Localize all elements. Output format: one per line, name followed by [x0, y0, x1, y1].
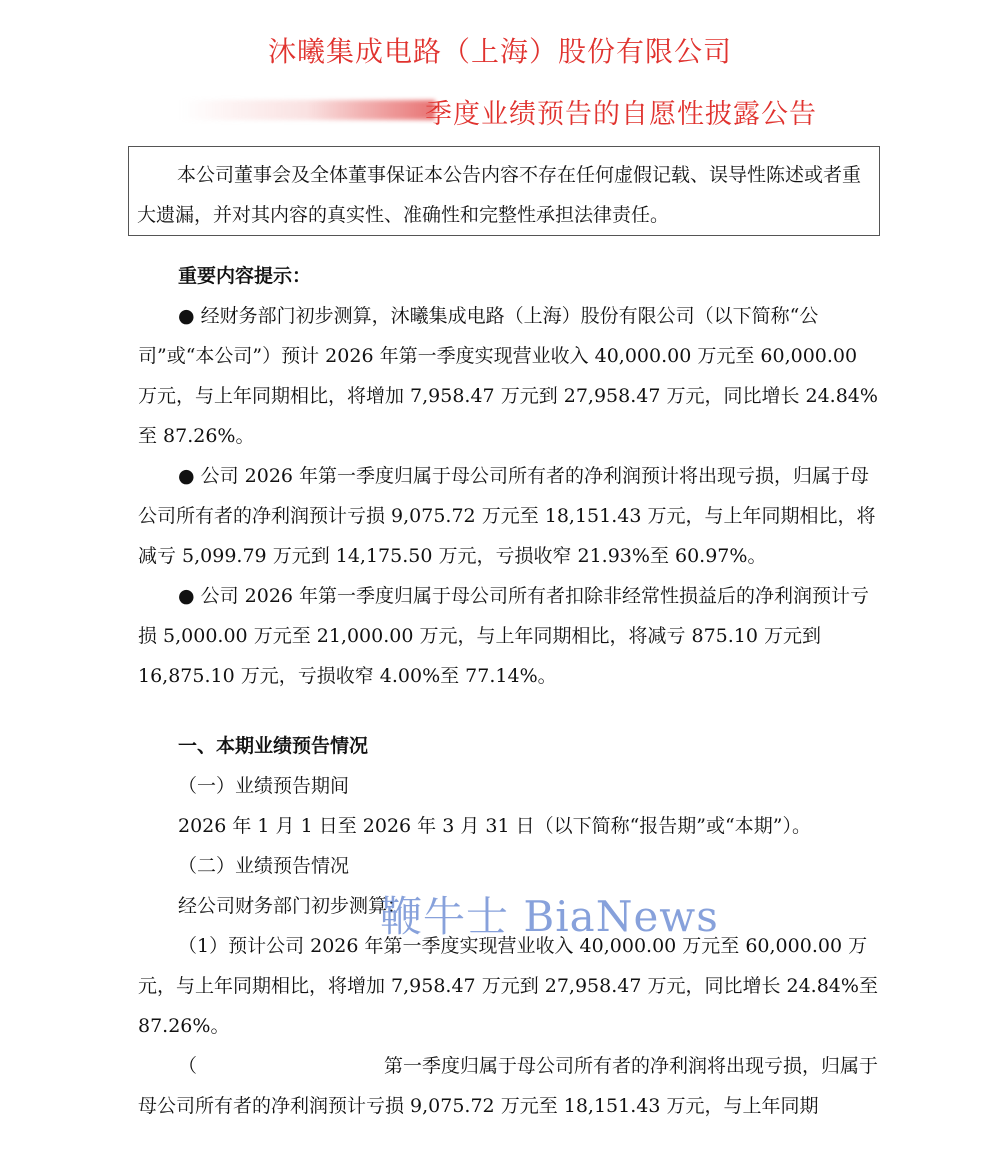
- company-title: 沐曦集成电路（上海）股份有限公司: [0, 30, 1000, 70]
- board-statement-box: 本公司董事会及全体董事保证本公告内容不存在任何虚假记载、误导性陈述或者重大遗漏，…: [128, 146, 880, 236]
- forecast-period-text: 2026 年 1 月 1 日至 2026 年 3 月 31 日（以下简称“报告期…: [178, 806, 920, 846]
- highlights-heading: 重要内容提示：: [138, 256, 880, 296]
- section1-heading: 一、本期业绩预告情况: [178, 726, 920, 766]
- forecast-period-heading: （一）业绩预告期间: [178, 766, 920, 806]
- forecast-details-heading: （二）业绩预告情况: [178, 846, 920, 886]
- bianews-watermark: 鞭牛士 BiaNews: [380, 893, 719, 941]
- announcement-title-block: 季度业绩预告的自愿性披露公告: [180, 92, 820, 132]
- forecast-item-revenue: （1）预计公司 2026 年第一季度实现营业收入 40,000.00 万元至 6…: [138, 926, 880, 1046]
- highlight-item-revenue: ● 经财务部门初步测算，沐曦集成电路（上海）股份有限公司（以下简称“公司”或“本…: [138, 296, 880, 456]
- redacted-title-blur: [180, 100, 435, 120]
- board-statement-text: 本公司董事会及全体董事保证本公告内容不存在任何虚假记载、误导性陈述或者重大遗漏，…: [137, 155, 871, 235]
- forecast-item-net-profit: 第一季度归属于母公司所有者的净利润将出现亏损，归属于母公司所有者的净利润预计亏损…: [138, 1046, 880, 1126]
- announcement-title: 季度业绩预告的自愿性披露公告: [425, 92, 817, 131]
- highlight-item-deducted-profit: ● 公司 2026 年第一季度归属于母公司所有者扣除非经常性损益后的净利润预计亏…: [138, 576, 880, 696]
- highlight-item-net-profit: ● 公司 2026 年第一季度归属于母公司所有者的净利润预计将出现亏损，归属于母…: [138, 456, 880, 576]
